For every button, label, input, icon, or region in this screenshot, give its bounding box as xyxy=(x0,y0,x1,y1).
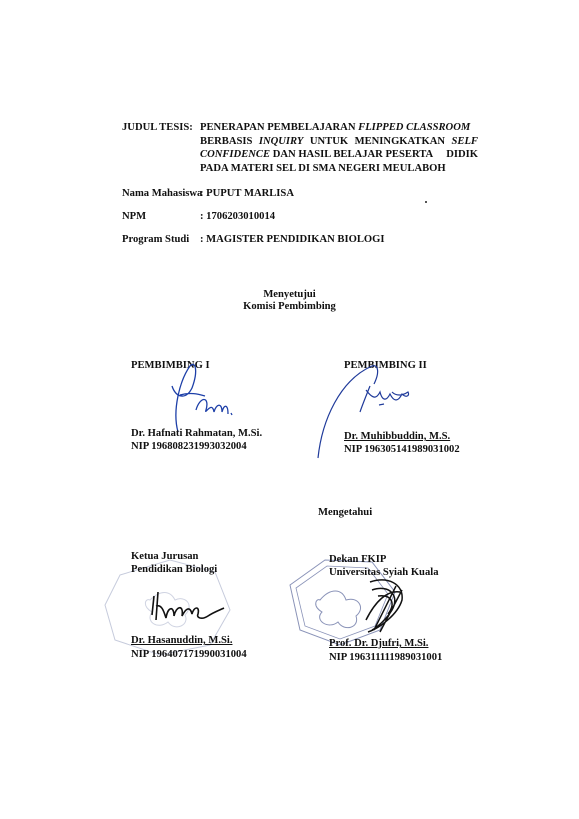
official-2-nip: NIP 196311111989031001 xyxy=(329,651,442,664)
signature-icon xyxy=(0,0,579,819)
official-2-name: Prof. Dr. Djufri, M.Si. xyxy=(329,637,428,650)
